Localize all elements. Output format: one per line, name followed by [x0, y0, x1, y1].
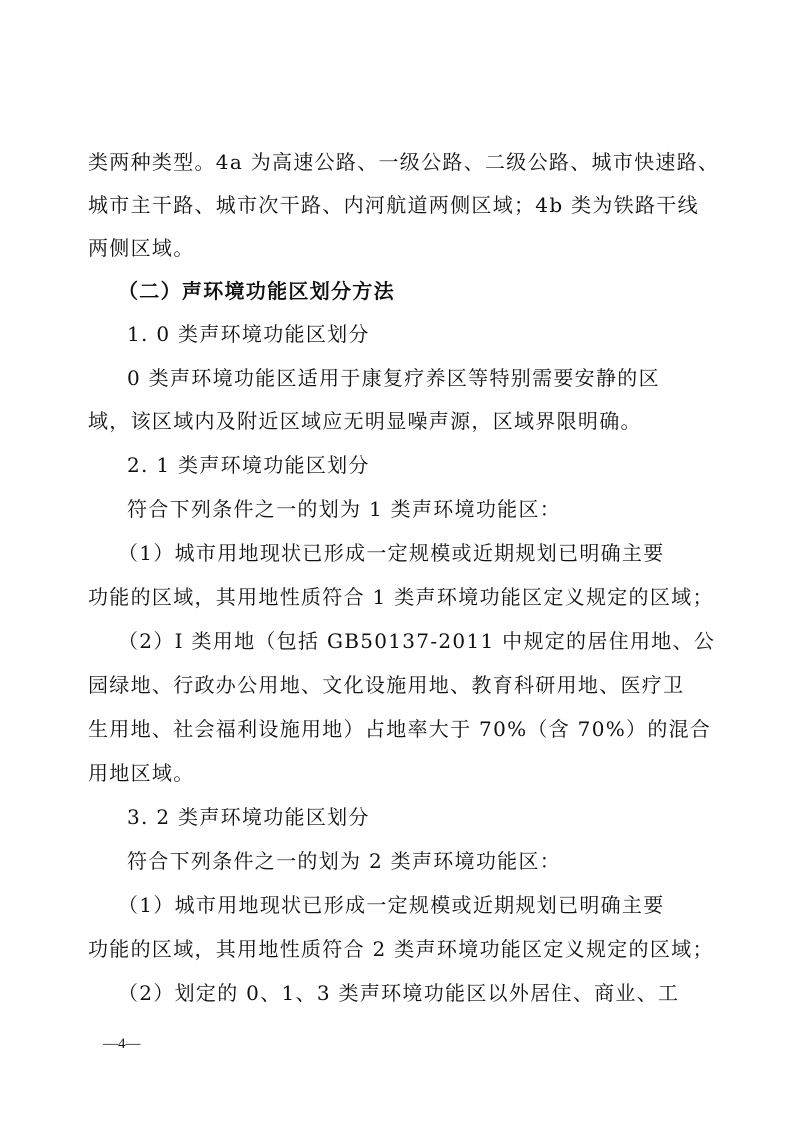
- list-item-line: （2）划定的 0、1、3 类声环境功能区以外居住、商业、工: [118, 979, 738, 1007]
- paragraph-line: 功能的区域，其用地性质符合 2 类声环境功能区定义规定的区域；: [88, 935, 708, 963]
- paragraph-line: 功能的区域，其用地性质符合 1 类声环境功能区定义规定的区域；: [88, 583, 708, 611]
- document-page: 类两种类型。4a 为高速公路、一级公路、二级公路、城市快速路、 城市主干路、城市…: [0, 0, 793, 1121]
- paragraph-line: 城市主干路、城市次干路、内河航道两侧区域；4b 类为铁路干线: [88, 191, 708, 219]
- subsection-heading: 3. 2 类声环境功能区划分: [127, 803, 747, 831]
- paragraph-line: 0 类声环境功能区适用于康复疗养区等特别需要安静的区: [127, 364, 747, 392]
- paragraph-line: 用地区域。: [88, 759, 708, 787]
- list-item-line: （2）I 类用地（包括 GB50137-2011 中规定的居住用地、公: [118, 627, 738, 655]
- subsection-heading: 1. 0 类声环境功能区划分: [127, 320, 747, 348]
- page-number: —4—: [103, 1036, 141, 1053]
- list-item-line: （1）城市用地现状已形成一定规模或近期规划已明确主要: [118, 891, 738, 919]
- paragraph-line: 域，该区域内及附近区域应无明显噪声源，区域界限明确。: [88, 407, 708, 435]
- paragraph-line: 类两种类型。4a 为高速公路、一级公路、二级公路、城市快速路、: [88, 148, 708, 176]
- paragraph-line: 生用地、社会福利设施用地）占地率大于 70%（含 70%）的混合: [88, 715, 708, 743]
- paragraph-line: 符合下列条件之一的划为 2 类声环境功能区：: [127, 847, 747, 875]
- paragraph-line: 园绿地、行政办公用地、文化设施用地、教育科研用地、医疗卫: [88, 671, 708, 699]
- paragraph-line: 符合下列条件之一的划为 1 类声环境功能区：: [127, 495, 747, 523]
- subsection-heading: 2. 1 类声环境功能区划分: [127, 451, 747, 479]
- section-heading: （二）声环境功能区划分方法: [118, 277, 738, 305]
- list-item-line: （1）城市用地现状已形成一定规模或近期规划已明确主要: [118, 539, 738, 567]
- paragraph-line: 两侧区域。: [88, 234, 708, 262]
